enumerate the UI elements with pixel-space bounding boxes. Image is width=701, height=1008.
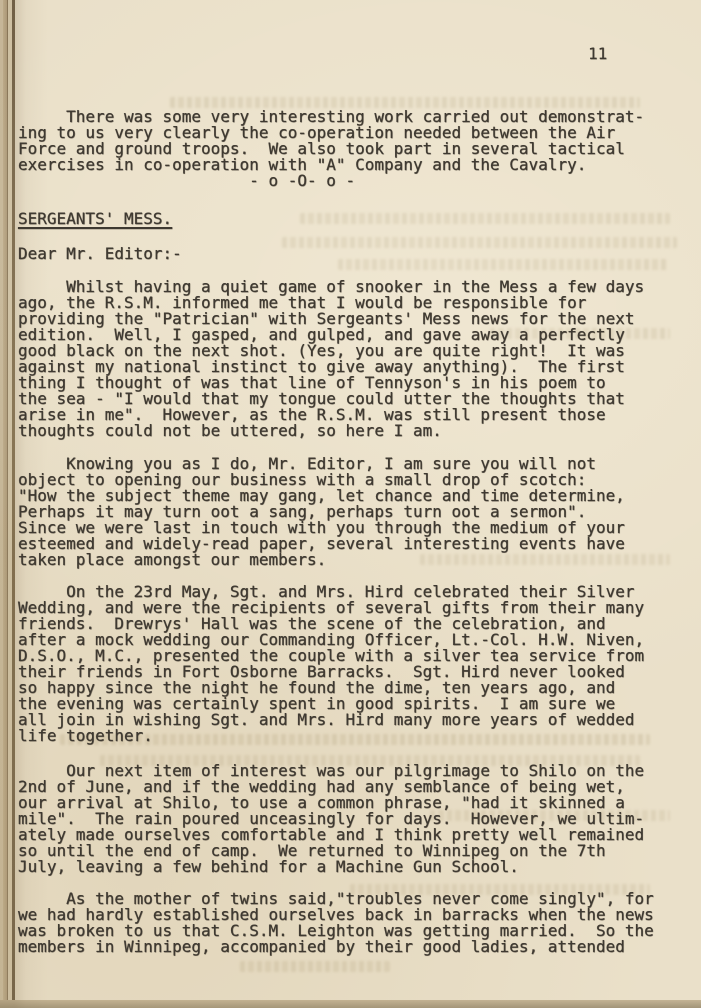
scanned-page: 11 There was some very interesting work … — [0, 0, 701, 1008]
text-line: life together. — [18, 728, 644, 744]
ink-bleedthrough — [300, 213, 670, 224]
page-binding-edge — [0, 0, 16, 1008]
body-paragraph: On the 23rd May, Sgt. and Mrs. Hird cele… — [18, 584, 644, 744]
intro-paragraph: There was some very interesting work car… — [18, 109, 644, 189]
scan-bottom-edge — [0, 1000, 701, 1008]
text-line: July, leaving a few behind for a Machine… — [18, 859, 644, 875]
body-paragraph: Whilst having a quiet game of snooker in… — [18, 279, 644, 439]
body-paragraph: As the mother of twins said,"troubles ne… — [18, 891, 654, 955]
text-line: thoughts could not be uttered, so here I… — [18, 423, 644, 439]
binding-crease-line — [12, 0, 15, 1008]
ink-bleedthrough — [338, 259, 668, 270]
body-paragraph: Knowing you as I do, Mr. Editor, I am su… — [18, 456, 625, 568]
body-paragraph: Our next item of interest was our pilgri… — [18, 763, 644, 875]
section-heading: SERGEANTS' MESS. — [18, 211, 172, 227]
page-number: 11 — [588, 46, 607, 62]
section-heading-text: SERGEANTS' MESS. — [18, 209, 172, 228]
ink-bleedthrough — [240, 961, 390, 972]
salutation-line: Dear Mr. Editor:- — [18, 246, 182, 262]
text-line: members in Winnipeg, accompanied by thei… — [18, 939, 654, 955]
text-line: taken place amongst our members. — [18, 552, 625, 568]
text-line: - o -O- o - — [18, 173, 644, 189]
ink-bleedthrough — [282, 237, 677, 248]
